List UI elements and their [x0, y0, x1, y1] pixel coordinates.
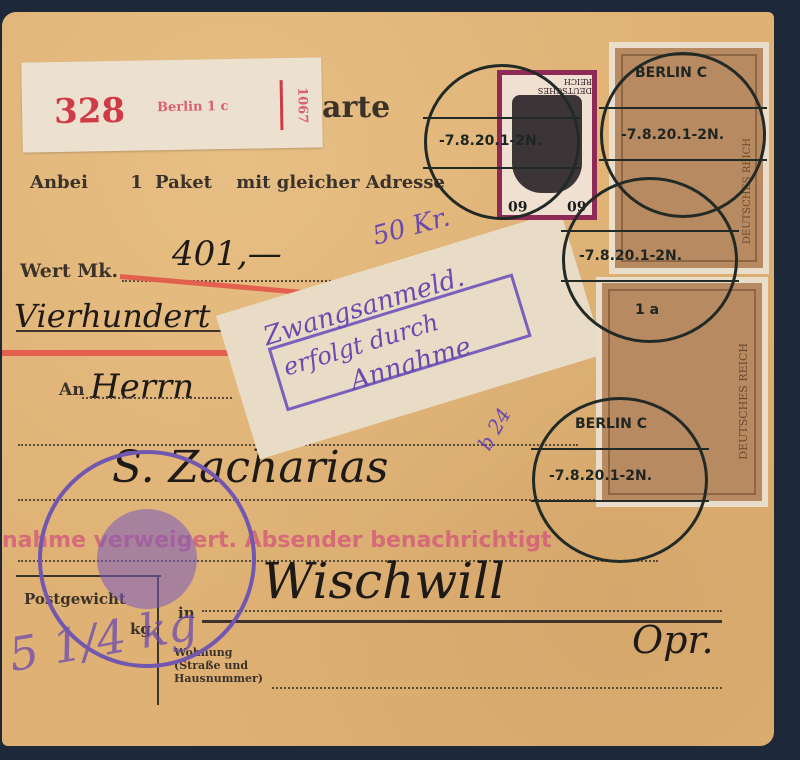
anbei-line: Anbei 1 Paket mit gleicher Adresse [30, 172, 445, 193]
street-dotted-line [272, 687, 722, 689]
card-title-fragment: arte [322, 90, 390, 125]
postmark-date: -7.8.20.1-2N. [549, 468, 652, 484]
recipient-salutation: Herrn [90, 367, 194, 407]
parcel-label: Paket [155, 172, 212, 193]
postmark-4: BERLIN C -7.8.20.1-2N. [532, 397, 708, 563]
parcel-count: 1 [130, 172, 143, 193]
registration-side-number: 1067 [294, 87, 310, 123]
handwritten-b24: b 24 [473, 404, 516, 455]
destination-handwritten: Wischwill [262, 552, 505, 610]
postmark-city: BERLIN C [635, 65, 707, 81]
postmark-date: -7.8.20.1-2N. [621, 127, 724, 143]
postmark-3: -7.8.20.1-2N. 1 a [562, 177, 738, 343]
value-label: Wert Mk. [20, 260, 118, 282]
an-label: An [59, 380, 85, 400]
value-handwritten: 401,— [172, 234, 282, 274]
registration-office: Berlin 1 c [157, 99, 229, 115]
postmark-date: -7.8.20.1-2N. [439, 133, 542, 149]
postmark-date: -7.8.20.1-2N. [579, 248, 682, 264]
seal-eagle-icon [97, 509, 197, 609]
postmark-city: BERLIN C [575, 416, 647, 432]
same-address-label: mit gleicher Adresse [236, 172, 445, 193]
an-dotted-line [82, 397, 232, 399]
postmark-code: 1 a [635, 302, 659, 318]
handwritten-50: 50 Kr. [369, 202, 453, 251]
postmark-1: -7.8.20.1-2N. [424, 64, 580, 220]
wohnung-line-3: Hausnummer) [174, 672, 263, 685]
red-crayon-stroke-2 [2, 350, 232, 356]
registration-number: 328 [54, 91, 126, 132]
customs-seal [38, 450, 256, 668]
district-handwritten: Opr. [632, 618, 714, 662]
stamp-country: DEUTSCHES REICH [737, 343, 750, 460]
anbei-label: Anbei [30, 172, 88, 193]
parcel-card: 328 Berlin 1 c 1067 arte Anbei 1 Paket m… [2, 12, 774, 746]
registration-label: 328 Berlin 1 c 1067 [21, 57, 323, 152]
red-divider [280, 80, 284, 130]
destination-dotted-line [202, 610, 722, 612]
wohnung-line-2: (Straße und [174, 659, 263, 672]
